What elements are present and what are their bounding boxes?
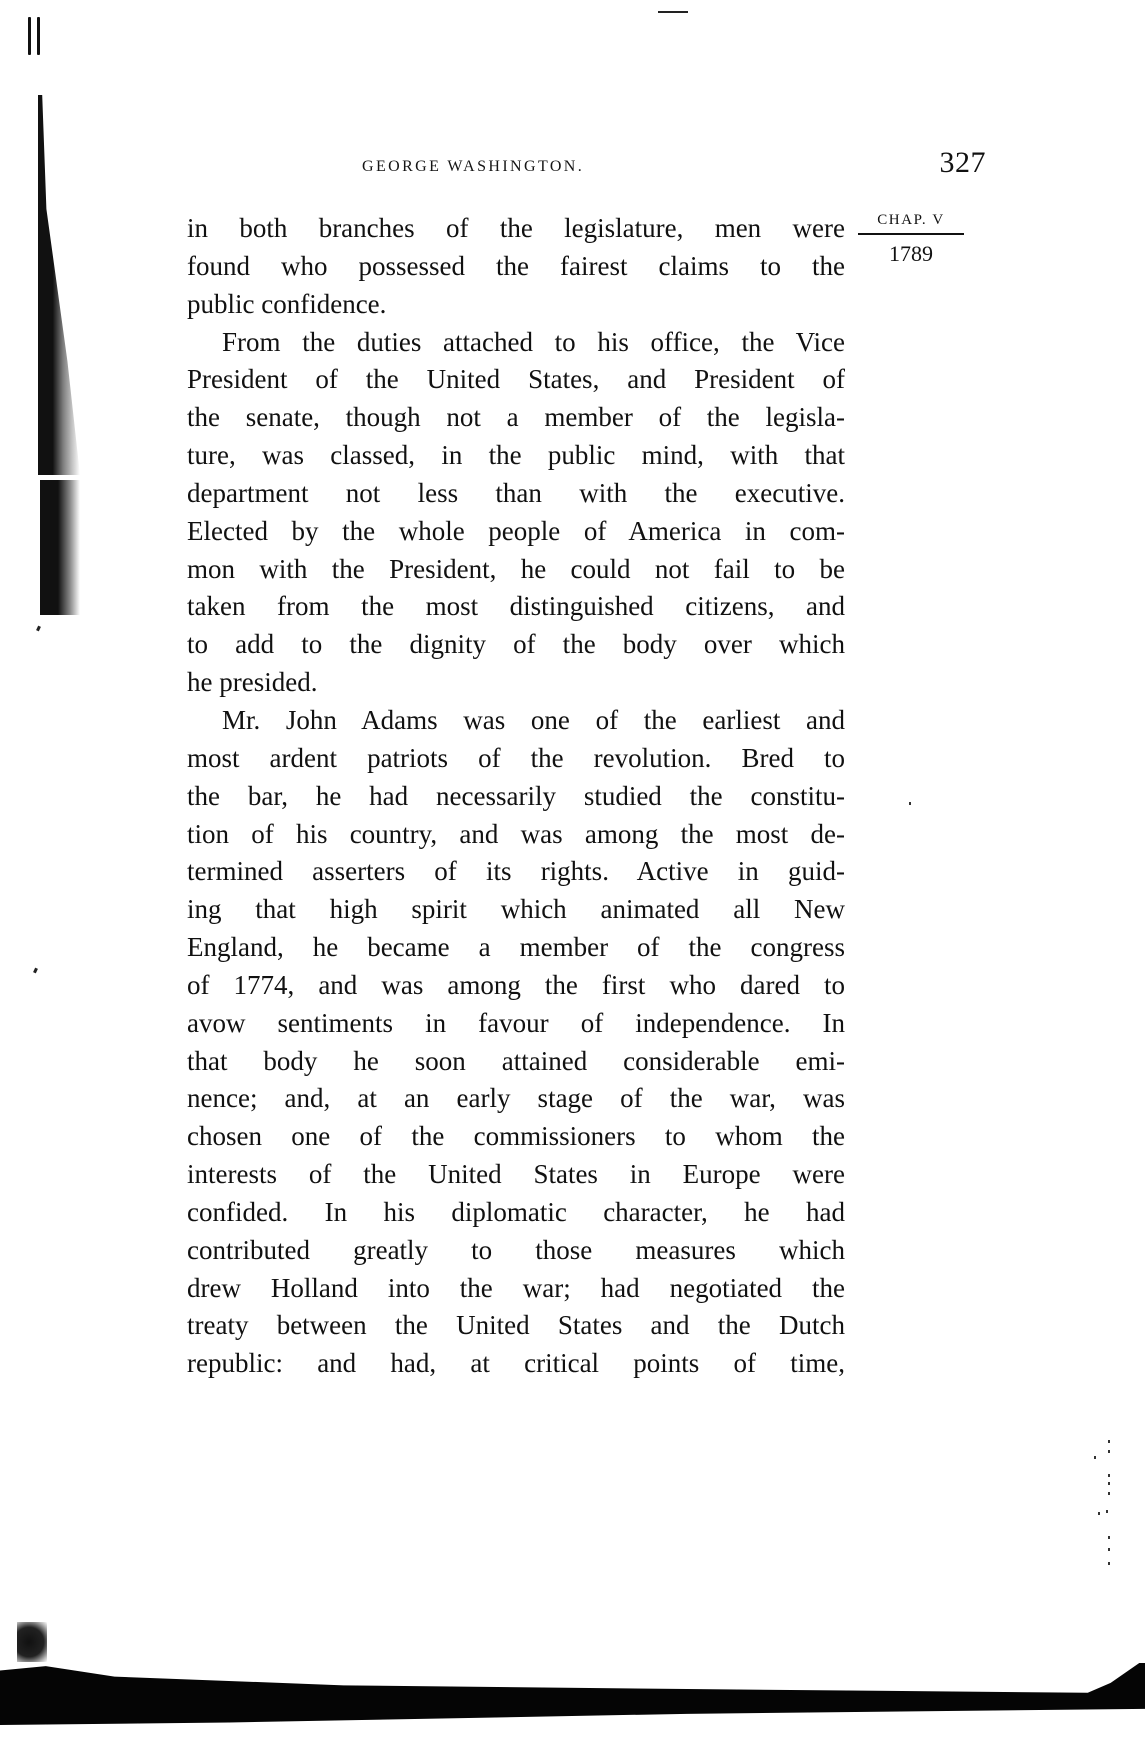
text-line: public confidence. bbox=[187, 286, 845, 324]
body-text: in both branches of the legislature, men… bbox=[187, 210, 845, 1383]
text-line: tion of his country, and was among the m… bbox=[187, 816, 845, 854]
text-line: ture, was classed, in the public mind, w… bbox=[187, 437, 845, 475]
text-line: republic: and had, at critical points of… bbox=[187, 1345, 845, 1383]
text-line: Elected by the whole people of America i… bbox=[187, 513, 845, 551]
text-line: he presided. bbox=[187, 664, 845, 702]
text-line: chosen one of the commissioners to whom … bbox=[187, 1118, 845, 1156]
book-page: GEORGE WASHINGTON. 327 CHAP. V 1789 in b… bbox=[0, 0, 1145, 1748]
page-bottom-edge-shadow bbox=[0, 1663, 1145, 1725]
scan-speck bbox=[658, 11, 688, 13]
paragraph-start-line: Mr. John Adams was one of the earliest a… bbox=[187, 702, 845, 740]
text-line: termined asserters of its rights. Active… bbox=[187, 853, 845, 891]
text-line: avow sentiments in favour of independenc… bbox=[187, 1005, 845, 1043]
text-line: President of the United States, and Pres… bbox=[187, 361, 845, 399]
binding-mark bbox=[28, 17, 42, 55]
text-line: to add to the dignity of the body over w… bbox=[187, 626, 845, 664]
year-label: 1789 bbox=[858, 241, 964, 267]
text-line: found who possessed the fairest claims t… bbox=[187, 248, 845, 286]
text-line: nence; and, at an early stage of the war… bbox=[187, 1080, 845, 1118]
text-line: contributed greatly to those measures wh… bbox=[187, 1232, 845, 1270]
text-line: ing that high spirit which animated all … bbox=[187, 891, 845, 929]
text-line: England, he became a member of the congr… bbox=[187, 929, 845, 967]
running-title: GEORGE WASHINGTON. bbox=[362, 158, 584, 176]
margin-note: CHAP. V 1789 bbox=[858, 212, 964, 267]
text-line: interests of the United States in Europe… bbox=[187, 1156, 845, 1194]
scan-speck bbox=[33, 968, 38, 974]
scan-speck bbox=[36, 626, 41, 632]
binding-shadow bbox=[40, 480, 80, 615]
text-line: treaty between the United States and the… bbox=[187, 1307, 845, 1345]
text-line: in both branches of the legislature, men… bbox=[187, 210, 845, 248]
text-line: of 1774, and was among the first who dar… bbox=[187, 967, 845, 1005]
page-number: 327 bbox=[940, 146, 987, 180]
text-line: taken from the most distinguished citize… bbox=[187, 588, 845, 626]
scan-blot bbox=[17, 1622, 47, 1662]
running-head: GEORGE WASHINGTON. 327 bbox=[186, 146, 986, 186]
text-line: the bar, he had necessarily studied the … bbox=[187, 778, 845, 816]
text-line: confided. In his diplomatic character, h… bbox=[187, 1194, 845, 1232]
text-line: drew Holland into the war; had negotiate… bbox=[187, 1270, 845, 1308]
binding-shadow bbox=[38, 95, 80, 475]
text-line: most ardent patriots of the revolution. … bbox=[187, 740, 845, 778]
chapter-label: CHAP. V bbox=[858, 212, 964, 235]
text-line: the senate, though not a member of the l… bbox=[187, 399, 845, 437]
text-line: that body he soon attained considerable … bbox=[187, 1043, 845, 1081]
text-line: department not less than with the execut… bbox=[187, 475, 845, 513]
paragraph-start-line: From the duties attached to his office, … bbox=[187, 324, 845, 362]
text-line: mon with the President, he could not fai… bbox=[187, 551, 845, 589]
